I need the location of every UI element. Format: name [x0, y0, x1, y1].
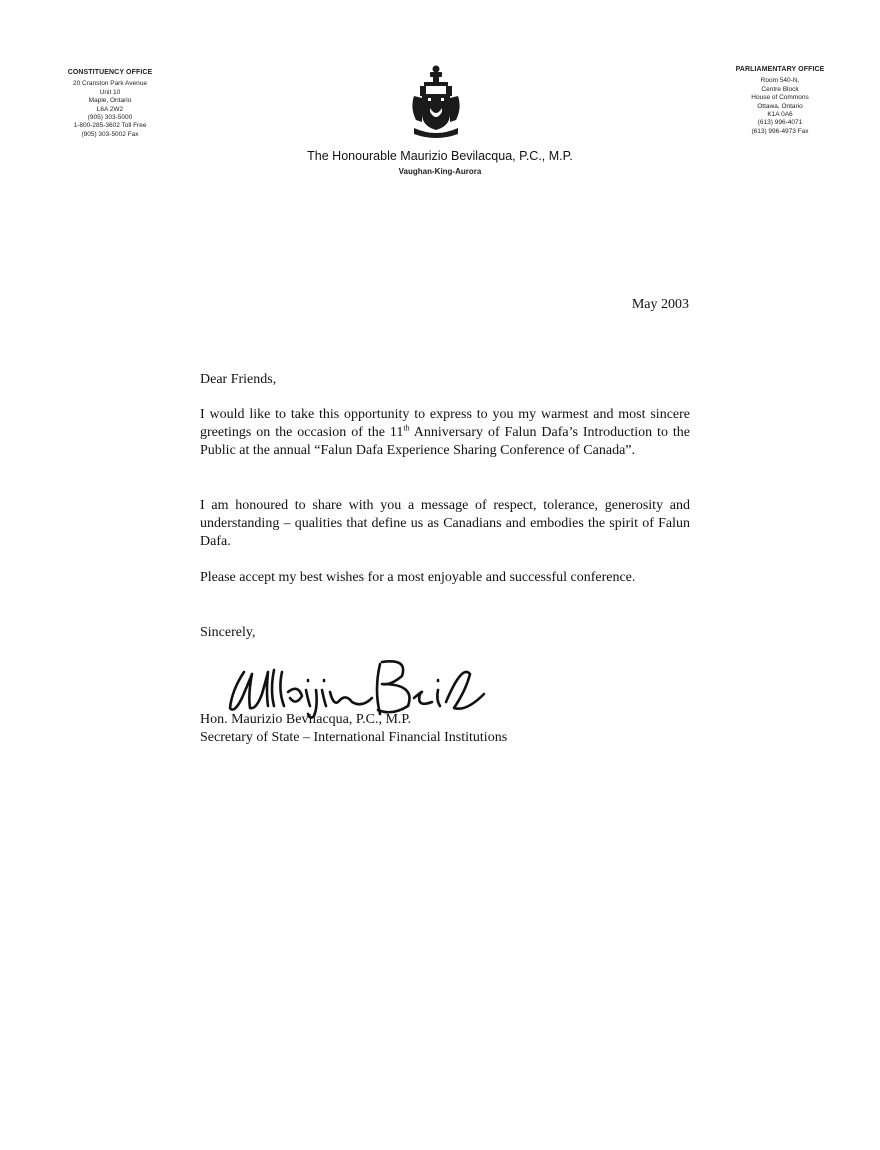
constituency-address-line: L6A 2W2 — [55, 106, 165, 114]
constituency-toll-free: 1-800-285-3602 Toll Free — [55, 122, 165, 130]
closing: Sincerely, — [200, 624, 690, 642]
paragraph-1: I would like to take this opportunity to… — [200, 406, 690, 461]
parliamentary-address-line: Room 540-N, — [720, 77, 840, 85]
riding-name: Vaughan-King-Aurora — [240, 167, 640, 176]
signer-block: Hon. Maurizio Bevilacqua, P.C., M.P. Sec… — [200, 711, 507, 747]
constituency-address-line: 20 Cranston Park Avenue — [55, 80, 165, 88]
parliamentary-office-block: PARLIAMENTARY OFFICE Room 540-N, Centre … — [720, 66, 840, 136]
parliamentary-address-line: Ottawa, Ontario — [720, 103, 840, 111]
signer-name: Hon. Maurizio Bevilacqua, P.C., M.P. — [200, 711, 507, 729]
parliamentary-fax: (613) 996-4973 Fax — [720, 128, 840, 136]
paragraph-2: I am honoured to share with you a messag… — [200, 497, 690, 552]
constituency-office-block: CONSTITUENCY OFFICE 20 Cranston Park Ave… — [55, 69, 165, 139]
constituency-address-line: Maple, Ontario — [55, 97, 165, 105]
parliamentary-address-line: Centre Block — [720, 86, 840, 94]
parliamentary-address-line: House of Commons — [720, 94, 840, 102]
salutation: Dear Friends, — [200, 371, 690, 389]
constituency-phone: (905) 303-5000 — [55, 114, 165, 122]
letter-date: May 2003 — [600, 297, 689, 313]
paragraph-3: Please accept my best wishes for a most … — [200, 569, 690, 587]
constituency-address-line: Unit 10 — [55, 89, 165, 97]
coat-of-arms-icon — [408, 64, 464, 144]
letter-page: CONSTITUENCY OFFICE 20 Cranston Park Ave… — [0, 0, 880, 1150]
parliamentary-address-line: K1A 0A6 — [720, 111, 840, 119]
parliamentary-office-heading: PARLIAMENTARY OFFICE — [720, 66, 840, 74]
mp-name: The Honourable Maurizio Bevilacqua, P.C.… — [240, 149, 640, 163]
constituency-fax: (905) 303-5002 Fax — [55, 131, 165, 139]
signature-icon — [222, 650, 502, 720]
parliamentary-phone: (613) 996-4071 — [720, 119, 840, 127]
signer-title: Secretary of State – International Finan… — [200, 729, 507, 747]
constituency-office-heading: CONSTITUENCY OFFICE — [55, 69, 165, 77]
